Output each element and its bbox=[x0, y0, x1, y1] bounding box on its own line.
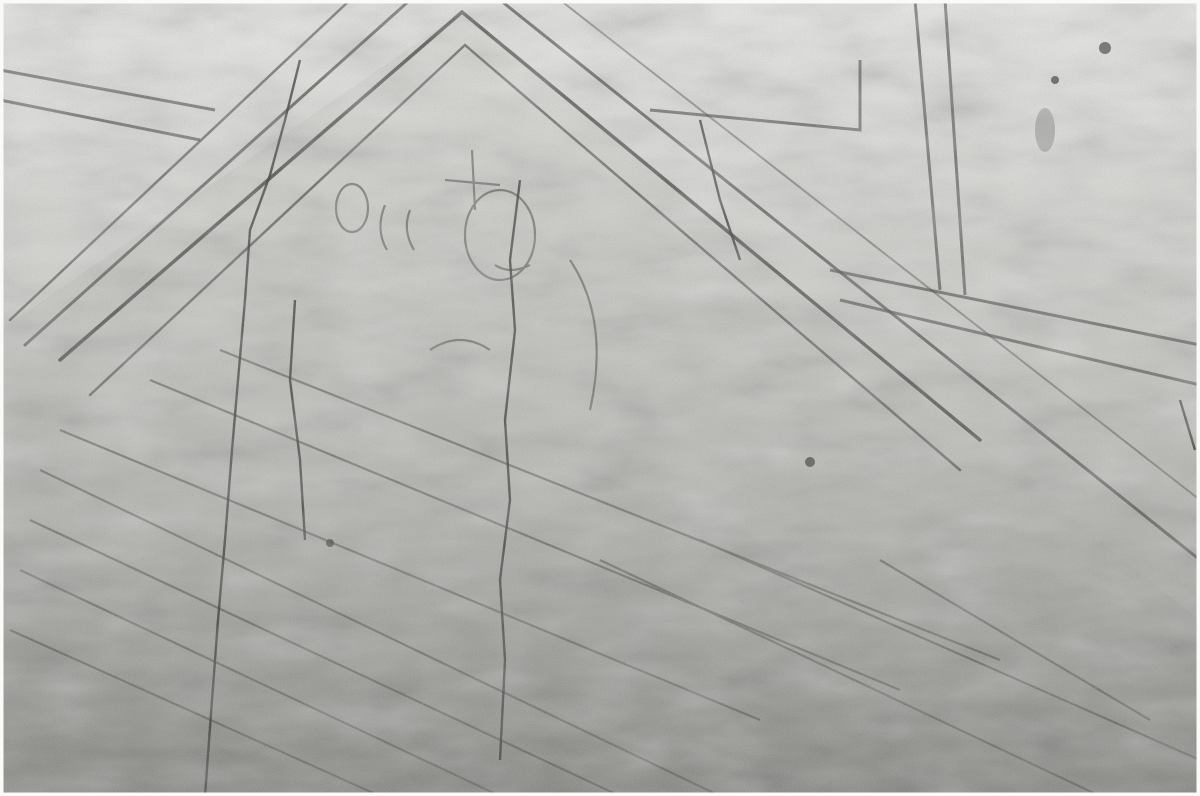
wall-painting-photo bbox=[0, 0, 1200, 796]
grain-overlay bbox=[0, 0, 1200, 796]
photo-canvas bbox=[0, 0, 1200, 796]
